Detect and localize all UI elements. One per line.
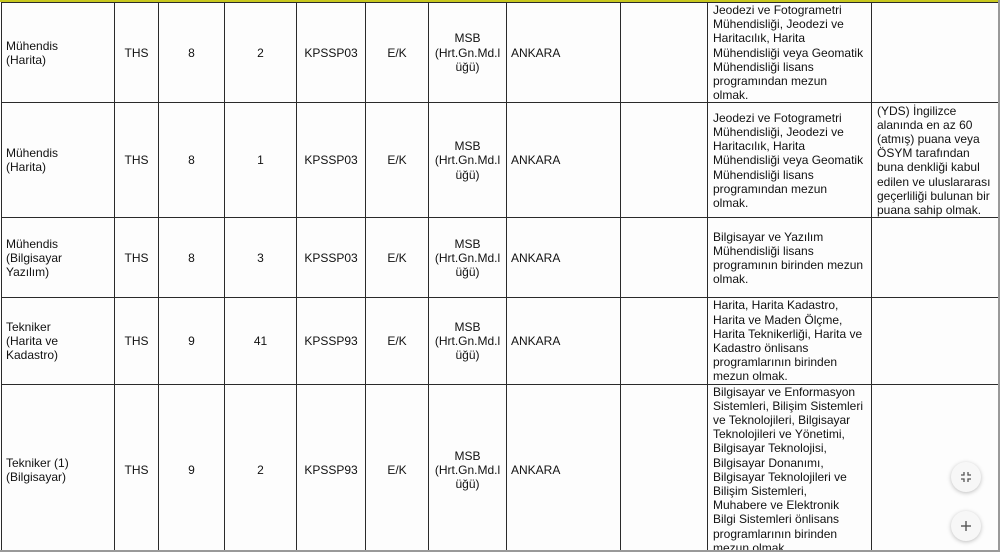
position-title-cell-text: Tekniker (Harita ve Kadastro) — [6, 320, 58, 362]
city-cell: ANKARA — [507, 3, 621, 103]
city-cell-text: ANKARA — [511, 334, 560, 348]
position-title-cell: Tekniker (1) (Bilgisayar) — [2, 384, 115, 552]
count-cell-text: 41 — [254, 334, 267, 348]
positions-table: Mühendis (Harita)THS82KPSSP03E/KMSB (Hrt… — [1, 2, 999, 552]
gender-cell-text: E/K — [387, 251, 406, 265]
grade-cell: 8 — [159, 103, 225, 218]
class-cell: THS — [115, 384, 159, 552]
gender-cell-text: E/K — [387, 334, 406, 348]
unit-cell: MSB (Hrt.Gn.Md.l üğü) — [429, 3, 507, 103]
unit-cell-text: MSB (Hrt.Gn.Md.l üğü) — [435, 320, 500, 362]
class-cell-text: THS — [125, 463, 149, 477]
score-type-cell: KPSSP03 — [297, 218, 366, 298]
education-requirement-cell: Jeodezi ve Fotogrametri Mühendisliği, Je… — [708, 103, 872, 218]
class-cell-text: THS — [125, 334, 149, 348]
class-cell-text: THS — [125, 153, 149, 167]
city-cell-text: ANKARA — [511, 463, 560, 477]
table-row: Mühendis (Harita)THS81KPSSP03E/KMSB (Hrt… — [2, 103, 999, 218]
score-type-cell: KPSSP03 — [297, 3, 366, 103]
city-cell: ANKARA — [507, 218, 621, 298]
city-cell: ANKARA — [507, 384, 621, 552]
education-requirement-cell: Harita, Harita Kadastro, Harita ve Maden… — [708, 298, 872, 384]
education-requirement-cell-text: Jeodezi ve Fotogrametri Mühendisliği, Je… — [713, 111, 863, 210]
class-cell-text: THS — [125, 251, 149, 265]
unit-cell: MSB (Hrt.Gn.Md.l üğü) — [429, 218, 507, 298]
gender-cell: E/K — [366, 3, 429, 103]
count-cell: 3 — [225, 218, 297, 298]
education-requirement-cell-text: Bilgisayar ve Enformasyon Sistemleri, Bi… — [713, 385, 863, 552]
education-requirement-cell: Jeodezi ve Fotogrametri Mühendisliği, Je… — [708, 3, 872, 103]
grade-cell-text: 8 — [188, 251, 195, 265]
class-cell: THS — [115, 103, 159, 218]
language-requirement-cell — [872, 3, 999, 103]
gender-cell-text: E/K — [387, 463, 406, 477]
class-cell: THS — [115, 298, 159, 384]
language-requirement-cell — [872, 218, 999, 298]
class-cell: THS — [115, 3, 159, 103]
gender-cell: E/K — [366, 218, 429, 298]
education-requirement-cell-text: Jeodezi ve Fotogrametri Mühendisliği, Je… — [713, 3, 863, 102]
grade-cell-text: 8 — [188, 153, 195, 167]
unit-cell-text: MSB (Hrt.Gn.Md.l üğü) — [435, 237, 500, 279]
unit-cell-text: MSB (Hrt.Gn.Md.l üğü) — [435, 139, 500, 181]
unit-cell-text: MSB (Hrt.Gn.Md.l üğü) — [435, 31, 500, 73]
unit-cell: MSB (Hrt.Gn.Md.l üğü) — [429, 103, 507, 218]
document-page: Mühendis (Harita)THS82KPSSP03E/KMSB (Hrt… — [0, 0, 1000, 552]
note-cell — [621, 384, 708, 552]
score-type-cell: KPSSP03 — [297, 103, 366, 218]
position-title-cell: Mühendis (Harita) — [2, 3, 115, 103]
education-requirement-cell: Bilgisayar ve Enformasyon Sistemleri, Bi… — [708, 384, 872, 552]
gender-cell: E/K — [366, 298, 429, 384]
grade-cell-text: 9 — [188, 334, 195, 348]
gender-cell: E/K — [366, 103, 429, 218]
grade-cell: 8 — [159, 218, 225, 298]
grade-cell: 9 — [159, 298, 225, 384]
city-cell-text: ANKARA — [511, 251, 560, 265]
position-title-cell-text: Mühendis (Harita) — [6, 39, 58, 67]
position-title-cell: Tekniker (Harita ve Kadastro) — [2, 298, 115, 384]
gender-cell-text: E/K — [387, 153, 406, 167]
position-title-cell-text: Mühendis (Bilgisayar Yazılım) — [6, 237, 62, 279]
note-cell — [621, 103, 708, 218]
education-requirement-cell-text: Bilgisayar ve Yazılım Mühendisliği lisan… — [713, 230, 863, 287]
city-cell: ANKARA — [507, 298, 621, 384]
count-cell-text: 2 — [257, 46, 264, 60]
unit-cell: MSB (Hrt.Gn.Md.l üğü) — [429, 384, 507, 552]
position-title-cell-text: Mühendis (Harita) — [6, 146, 58, 174]
position-title-cell: Mühendis (Bilgisayar Yazılım) — [2, 218, 115, 298]
score-type-cell-text: KPSSP03 — [304, 153, 357, 167]
count-cell: 1 — [225, 103, 297, 218]
table-row: Tekniker (Harita ve Kadastro)THS941KPSSP… — [2, 298, 999, 384]
position-title-cell-text: Tekniker (1) (Bilgisayar) — [6, 456, 69, 484]
city-cell-text: ANKARA — [511, 46, 560, 60]
score-type-cell-text: KPSSP03 — [304, 46, 357, 60]
grade-cell: 8 — [159, 3, 225, 103]
unit-cell: MSB (Hrt.Gn.Md.l üğü) — [429, 298, 507, 384]
table-row: Mühendis (Harita)THS82KPSSP03E/KMSB (Hrt… — [2, 3, 999, 103]
education-requirement-cell-text: Harita, Harita Kadastro, Harita ve Maden… — [713, 298, 862, 383]
unit-cell-text: MSB (Hrt.Gn.Md.l üğü) — [435, 449, 500, 491]
table-row: Tekniker (1) (Bilgisayar)THS92KPSSP93E/K… — [2, 384, 999, 552]
class-cell: THS — [115, 218, 159, 298]
language-requirement-cell — [872, 298, 999, 384]
note-cell — [621, 298, 708, 384]
language-requirement-cell-text: (YDS) İngilizce alanında en az 60 (atmış… — [877, 104, 990, 217]
score-type-cell-text: KPSSP93 — [304, 463, 357, 477]
zoom-in-button[interactable] — [951, 511, 981, 541]
fit-page-button[interactable] — [951, 462, 981, 492]
grade-cell-text: 9 — [188, 463, 195, 477]
gender-cell-text: E/K — [387, 46, 406, 60]
grade-cell-text: 8 — [188, 46, 195, 60]
score-type-cell: KPSSP93 — [297, 298, 366, 384]
count-cell: 41 — [225, 298, 297, 384]
score-type-cell: KPSSP93 — [297, 384, 366, 552]
city-cell: ANKARA — [507, 103, 621, 218]
education-requirement-cell: Bilgisayar ve Yazılım Mühendisliği lisan… — [708, 218, 872, 298]
count-cell-text: 3 — [257, 251, 264, 265]
collapse-arrows-icon — [959, 470, 973, 484]
city-cell-text: ANKARA — [511, 153, 560, 167]
count-cell-text: 2 — [257, 463, 264, 477]
table-row: Mühendis (Bilgisayar Yazılım)THS83KPSSP0… — [2, 218, 999, 298]
score-type-cell-text: KPSSP03 — [304, 251, 357, 265]
score-type-cell-text: KPSSP93 — [304, 334, 357, 348]
class-cell-text: THS — [125, 46, 149, 60]
note-cell — [621, 3, 708, 103]
language-requirement-cell: (YDS) İngilizce alanında en az 60 (atmış… — [872, 103, 999, 218]
grade-cell: 9 — [159, 384, 225, 552]
position-title-cell: Mühendis (Harita) — [2, 103, 115, 218]
count-cell: 2 — [225, 3, 297, 103]
count-cell: 2 — [225, 384, 297, 552]
plus-icon — [959, 519, 973, 533]
gender-cell: E/K — [366, 384, 429, 552]
note-cell — [621, 218, 708, 298]
count-cell-text: 1 — [257, 153, 264, 167]
